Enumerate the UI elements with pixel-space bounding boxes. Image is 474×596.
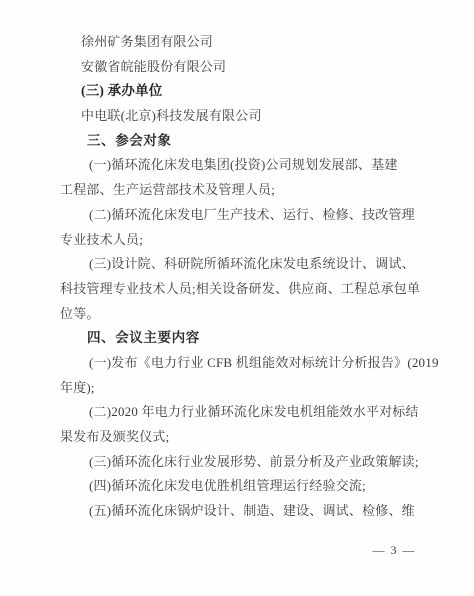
- body-text-line: 专业技术人员;: [60, 228, 420, 253]
- body-text-line: (一)发布《电力行业 CFB 机组能效对标统计分析报告》(2019: [60, 351, 420, 376]
- subsection-heading-organizer: (三) 承办单位: [60, 79, 420, 104]
- body-text-line: (三)设计院、科研院所循环流化床发电系统设计、调试、: [60, 252, 420, 277]
- company-name-line: 徐州矿务集团有限公司: [60, 30, 420, 55]
- company-name-line: 中电联(北京)科技发展有限公司: [60, 104, 420, 129]
- body-text-line: 工程部、生产运营部技术及管理人员;: [60, 178, 420, 203]
- body-text-line: (四)循环流化床发电优胜机组管理运行经验交流;: [60, 474, 420, 499]
- body-text-line: 科技管理专业技术人员;相关设备研发、供应商、工程总承包单: [60, 277, 420, 302]
- body-text-line: 年度);: [60, 376, 420, 401]
- body-text-line: (五)循环流化床锅炉设计、制造、建设、调试、检修、维: [60, 499, 420, 524]
- body-text-line: (二)循环流化床发电厂生产技术、运行、检修、技改管理: [60, 203, 420, 228]
- body-text-line: 位等。: [60, 302, 420, 327]
- section-heading-participants: 三、参会对象: [60, 129, 420, 154]
- body-text-line: 果发布及颁奖仪式;: [60, 425, 420, 450]
- section-heading-agenda: 四、会议主要内容: [60, 326, 420, 351]
- document-page: 徐州矿务集团有限公司 安徽省皖能股份有限公司 (三) 承办单位 中电联(北京)科…: [0, 0, 474, 596]
- body-text-line: (一)循环流化床发电集团(投资)公司规划发展部、基建: [60, 153, 420, 178]
- body-text-line: (二)2020 年电力行业循环流化床发电机组能效水平对标结: [60, 400, 420, 425]
- body-text-line: (三)循环流化床行业发展形势、前景分析及产业政策解读;: [60, 450, 420, 475]
- company-name-line: 安徽省皖能股份有限公司: [60, 55, 420, 80]
- page-number: — 3 —: [373, 543, 417, 557]
